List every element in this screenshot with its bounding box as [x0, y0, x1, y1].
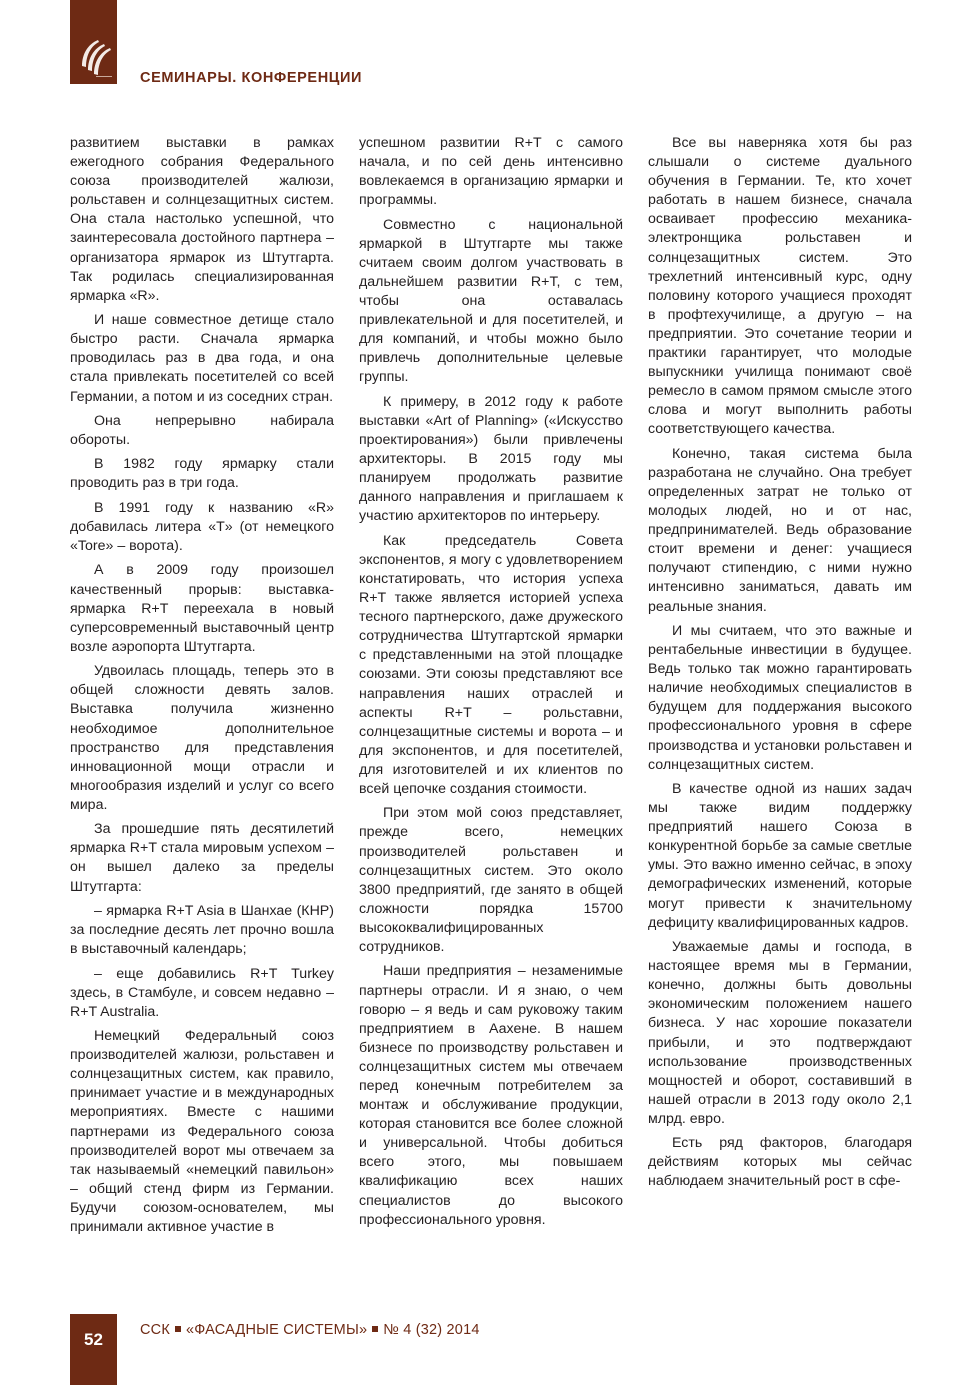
paragraph: А в 2009 году произошел качественный про… [70, 561, 334, 656]
publisher-logo-icon [76, 36, 114, 80]
section-title: СЕМИНАРЫ. КОНФЕРЕНЦИИ [140, 70, 362, 86]
page-number: 52 [70, 1330, 117, 1350]
paragraph: Наши предприятия – незаменимые партнеры … [359, 962, 623, 1229]
header-color-tab [70, 0, 117, 84]
paragraph: В 1991 году к названию «R» добавилась ли… [70, 499, 334, 556]
paragraph: В 1982 году ярмарку стали проводить раз … [70, 455, 334, 493]
paragraph: И мы считаем, что это важные и рентабель… [648, 622, 912, 775]
paragraph: Как председатель Совета экспонентов, я м… [359, 532, 623, 799]
square-bullet-icon [175, 1326, 181, 1332]
text-column-3: Все вы наверняка хотя бы раз слышали о с… [648, 134, 912, 1197]
footer-publication-info: ССК«ФАСАДНЫЕ СИСТЕМЫ»№ 4 (32) 2014 [140, 1322, 480, 1338]
paragraph: При этом мой союз представляет, прежде в… [359, 804, 623, 957]
footer-publisher: ССК [140, 1322, 170, 1338]
paragraph: Все вы наверняка хотя бы раз слышали о с… [648, 134, 912, 440]
paragraph: развитием выставки в рамках ежегодного с… [70, 134, 334, 306]
paragraph: Немецкий Федеральный союз производителей… [70, 1027, 334, 1237]
paragraph: Уважаемые дамы и господа, в настоящее вр… [648, 938, 912, 1129]
footer-issue: № 4 (32) 2014 [383, 1322, 479, 1338]
square-bullet-icon [372, 1326, 378, 1332]
paragraph: – еще добавились R+T Turkey здесь, в Ста… [70, 965, 334, 1022]
paragraph: К примеру, в 2012 году к работе выставки… [359, 393, 623, 527]
paragraph: Есть ряд факторов, благодаря действиям к… [648, 1134, 912, 1191]
footer-magazine: «ФАСАДНЫЕ СИСТЕМЫ» [186, 1322, 367, 1338]
paragraph: В качестве одной из наших задач мы также… [648, 780, 912, 933]
text-column-1: развитием выставки в рамках ежегодного с… [70, 134, 334, 1242]
paragraph: успешном развитии R+T с самого начала, и… [359, 134, 623, 210]
paragraph: – ярмарка R+T Asia в Шанхае (КНР) за пос… [70, 902, 334, 959]
paragraph: Совместно с национальной ярмаркой в Штут… [359, 216, 623, 388]
paragraph: Удвоилась площадь, теперь это в общей сл… [70, 662, 334, 815]
paragraph: И наше совместное детище стало быстро ра… [70, 311, 334, 406]
paragraph: За прошедшие пять десятилетий ярмарка R+… [70, 820, 334, 896]
text-column-2: успешном развитии R+T с самого начала, и… [359, 134, 623, 1235]
paragraph: Она непрерывно набирала обороты. [70, 412, 334, 450]
footer-color-tab: 52 [70, 1314, 117, 1385]
paragraph: Конечно, такая система была разработана … [648, 445, 912, 617]
